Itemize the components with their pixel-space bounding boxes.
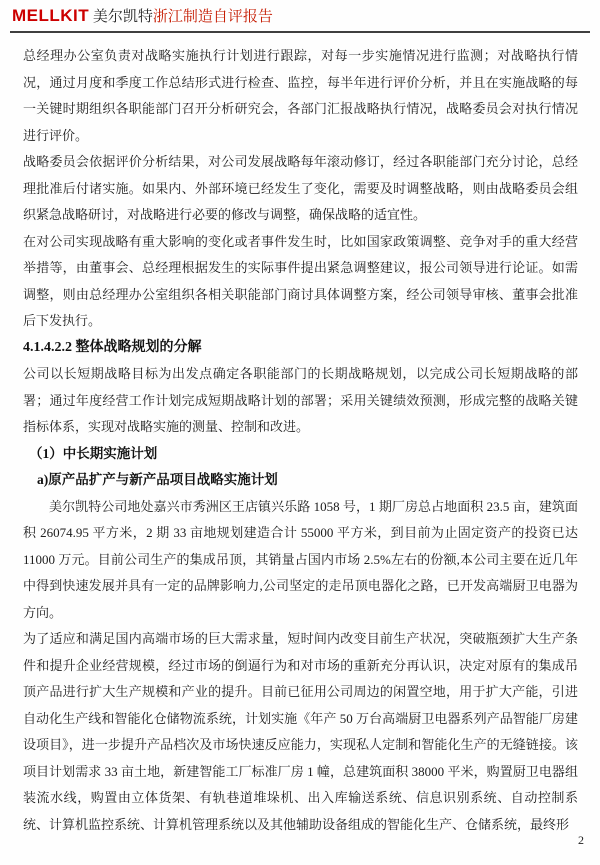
report-header: MELLKIT 美尔凯特浙江制造自评报告 [10, 7, 590, 33]
brand-logo-text: MELLKIT [12, 6, 89, 25]
paragraph-company-location-capacity: 美尔凯特公司地处嘉兴市秀洲区王店镇兴乐路 1058 号，1 期厂房总占地面积 2… [23, 494, 578, 627]
document-body: 总经理办公室负责对战略实施执行计划进行跟踪，对每一步实施情况进行监测；对战略执行… [23, 43, 578, 838]
item-heading-product-expansion-plan: a)原产品扩产与新产品项目战略实施计划 [23, 467, 578, 494]
paragraph-emergency-adjustment: 在对公司实现战略有重大影响的变化或者事件发生时，比如国家政策调整、竞争对手的重大… [23, 229, 578, 335]
brand-name-chinese: 美尔凯特 [89, 9, 153, 25]
paragraph-expansion-project: 为了适应和满足国内高端市场的巨大需求量，短时间内改变目前生产状况，突破瓶颈扩大生… [23, 626, 578, 838]
document-page: MELLKIT 美尔凯特浙江制造自评报告 总经理办公室负责对战略实施执行计划进行… [0, 0, 600, 865]
paragraph-strategy-tracking: 总经理办公室负责对战略实施执行计划进行跟踪，对每一步实施情况进行监测；对战略执行… [23, 43, 578, 149]
subsection-heading-mid-long-term-plan: （1）中长期实施计划 [23, 441, 578, 468]
paragraph-strategy-revision: 战略委员会依据评价分析结果，对公司发展战略每年滚动修订，经过各职能部门充分讨论，… [23, 149, 578, 229]
paragraph-goal-decomposition: 公司以长短期战略目标为出发点确定各职能部门的长期战略规划，以完成公司长短期战略的… [23, 361, 578, 441]
report-title: 浙江制造自评报告 [153, 9, 273, 25]
section-heading-strategy-decomposition: 4.1.4.2.2 整体战略规划的分解 [23, 335, 578, 362]
page-number: 2 [578, 833, 584, 848]
